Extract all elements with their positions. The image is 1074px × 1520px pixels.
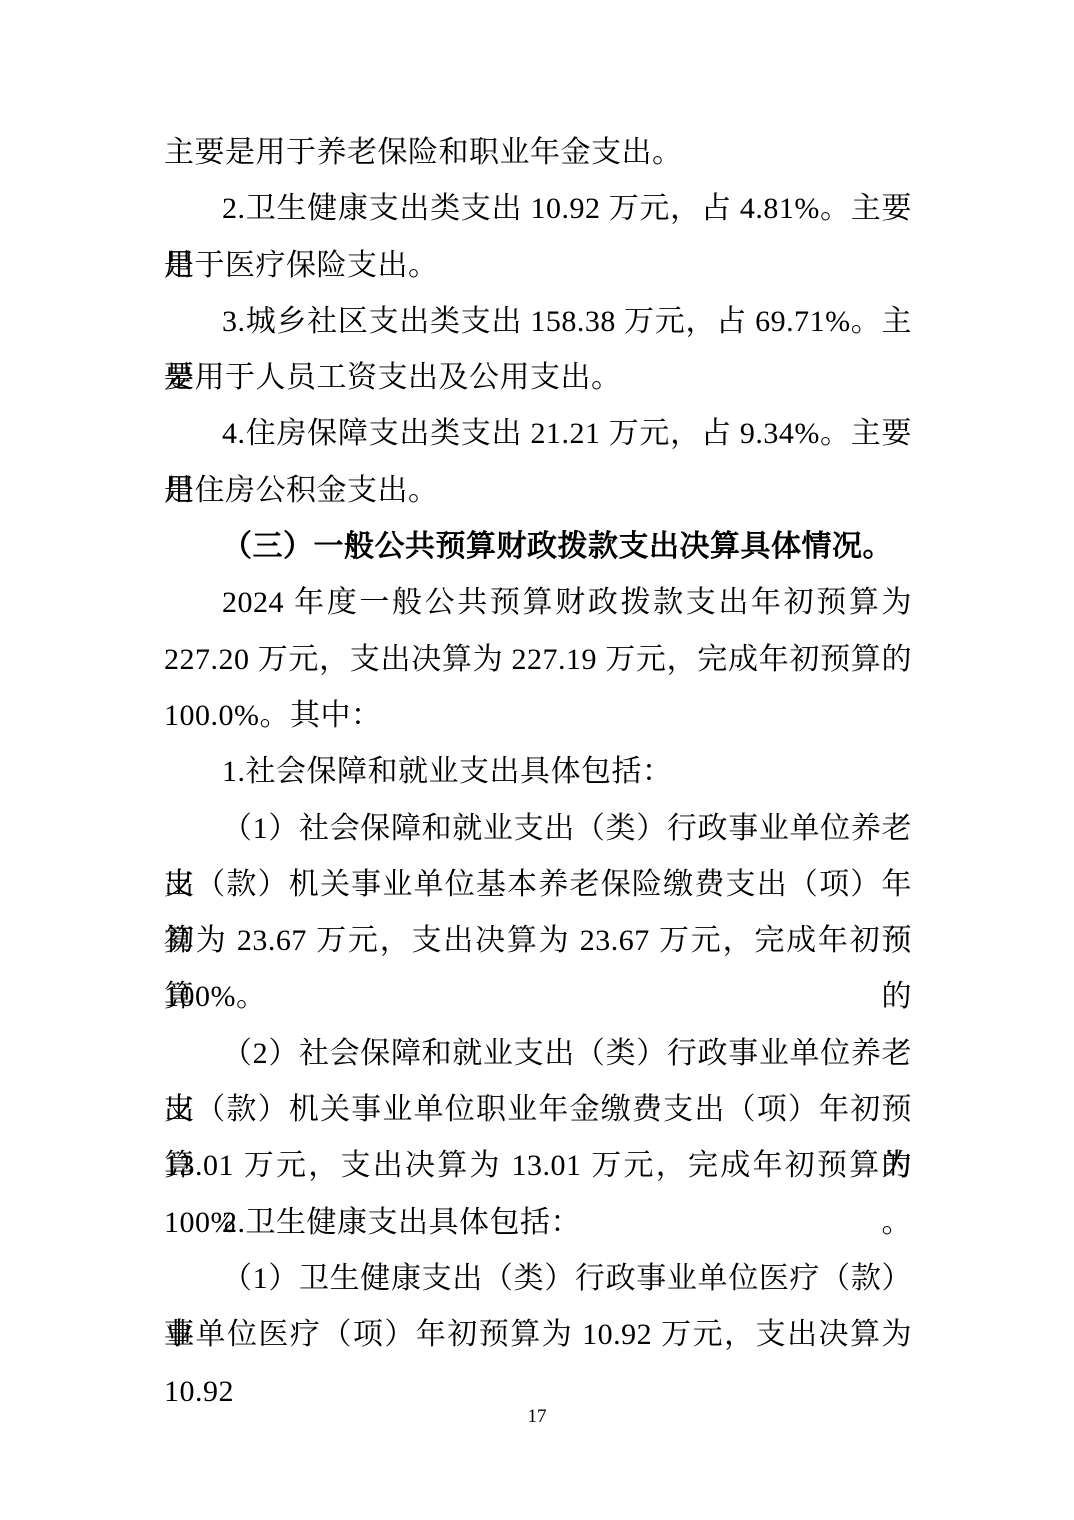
text-line: 2.卫生健康支出类支出 10.92 万元，占 4.81%。主要是 [164, 181, 912, 237]
text-line: （2）社会保障和就业支出（类）行政事业单位养老支 [164, 1026, 912, 1082]
document-page: 主要是用于养老保险和职业年金支出。 2.卫生健康支出类支出 10.92 万元，占… [0, 0, 1074, 1520]
text-line: 2024 年度一般公共预算财政拨款支出年初预算为 [164, 575, 912, 631]
text-line: 1.社会保障和就业支出具体包括： [164, 744, 912, 800]
text-line: （1）卫生健康支出（类）行政事业单位医疗（款）事 [164, 1251, 912, 1307]
page-number: 17 [0, 1405, 1074, 1429]
text-line: 用住房公积金支出。 [164, 463, 912, 519]
text-line: 是用于人员工资支出及公用支出。 [164, 350, 912, 406]
text-line: 3.城乡社区支出类支出 158.38 万元，占 69.71%。主要 [164, 294, 912, 350]
text-line: 算为 23.67 万元，支出决算为 23.67 万元，完成年初预算的 [164, 913, 912, 969]
text-line: （1）社会保障和就业支出（类）行政事业单位养老支 [164, 801, 912, 857]
text-line: 出（款）机关事业单位基本养老保险缴费支出（项）年初预 [164, 857, 912, 913]
text-line: 业单位医疗（项）年初预算为 10.92 万元，支出决算为 10.92 [164, 1307, 912, 1363]
text-line: 13.01 万元，支出决算为 13.01 万元，完成年初预算的 100%。 [164, 1138, 912, 1194]
text-line: 227.20 万元，支出决算为 227.19 万元，完成年初预算的 [164, 632, 912, 688]
text-line: 出（款）机关事业单位职业年金缴费支出（项）年初预算为 [164, 1082, 912, 1138]
text-line: 100.0%。其中： [164, 688, 912, 744]
document-body: 主要是用于养老保险和职业年金支出。 2.卫生健康支出类支出 10.92 万元，占… [164, 125, 912, 1364]
section-heading: （三）一般公共预算财政拨款支出决算具体情况。 [164, 519, 912, 575]
text-line: 用于医疗保险支出。 [164, 238, 912, 294]
text-line: 主要是用于养老保险和职业年金支出。 [164, 125, 912, 181]
text-line: 4.住房保障支出类支出 21.21 万元，占 9.34%。主要是 [164, 406, 912, 462]
